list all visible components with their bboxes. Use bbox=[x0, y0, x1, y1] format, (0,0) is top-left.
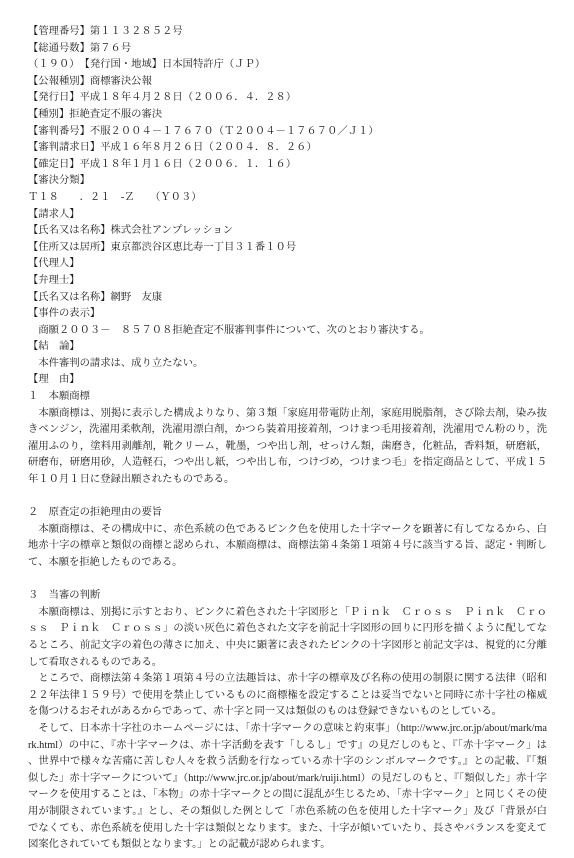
header-field-line: 【事件の表示】 bbox=[28, 306, 547, 323]
section-heading: ３ 当審の判断 bbox=[28, 588, 547, 605]
paragraph: 本願商標は、その構成中に、赤色系統の色であるピンク色を使用した十字マークを顕著に… bbox=[28, 522, 547, 572]
header-field-line: 【弁理士】 bbox=[28, 273, 547, 290]
header-field-line: 本件審判の請求は、成り立たない。 bbox=[28, 356, 547, 373]
header-field-line: 【確定日】平成１８年１月１６日（２００６．１．１６） bbox=[28, 157, 547, 174]
header-field-line: 商願２００３－ ８５７０８拒絶査定不服審判事件について、次のとおり審決する。 bbox=[28, 323, 547, 340]
header-field-line: 【管理番号】第１１３２８５２号 bbox=[28, 24, 547, 41]
header-field-line: 【代理人】 bbox=[28, 256, 547, 273]
paragraph: ところで、商標法第４条第１項第４号の立法趣旨は、赤十字の標章及び名称の使用の制限… bbox=[28, 671, 547, 721]
header-field-line: 【理 由】 bbox=[28, 372, 547, 389]
header-field-line: 【種別】拒絶査定不服の審決 bbox=[28, 107, 547, 124]
header-field-line: 【総通号数】第７６号 bbox=[28, 41, 547, 58]
section-trademark-applied-for: １ 本願商標 本願商標は、別掲に表示した構成よりなり、第３類「家庭用帯電防止剤，… bbox=[28, 389, 547, 489]
header-field-line: 【審判請求日】平成１６年８月２６日（２００４．８．２６） bbox=[28, 140, 547, 157]
header-field-line: 【氏名又は名称】網野 友康 bbox=[28, 290, 547, 307]
section-heading: ２ 原査定の拒絶理由の要旨 bbox=[28, 505, 547, 522]
paragraph: 本願商標は、別掲に示すとおり、ピンクに着色された十字図形と「Ｐｉｎｋ Ｃｒｏｓｓ… bbox=[28, 605, 547, 671]
header-field-line: 【発行日】平成１８年４月２８日（２００６．４．２８） bbox=[28, 90, 547, 107]
header-field-line: 【氏名又は名称】株式会社アンプレッション bbox=[28, 223, 547, 240]
header-field-line: 【住所又は居所】東京都渋谷区恵比寿一丁目３１番１０号 bbox=[28, 240, 547, 257]
section-heading: １ 本願商標 bbox=[28, 389, 547, 406]
section-refusal-reason-summary: ２ 原査定の拒絶理由の要旨 本願商標は、その構成中に、赤色系統の色であるピンク色… bbox=[28, 505, 547, 571]
header-field-line: 【結 論】 bbox=[28, 339, 547, 356]
header-field-line: 【請求人】 bbox=[28, 207, 547, 224]
gazette-document: 【管理番号】第１１３２８５２号【総通号数】第７６号（１９０） 【発行国・地域】日… bbox=[0, 0, 574, 854]
header-field-line: Ｔ１８ ．２１ -Ｚ （Ｙ０３） bbox=[28, 190, 547, 207]
paragraph: そして、日本赤十字社のホームページには、「赤十字マークの意味と約束事」（http… bbox=[28, 721, 547, 854]
header-field-line: （１９０） 【発行国・地域】日本国特許庁（ＪＰ） bbox=[28, 57, 547, 74]
header-field-lines: 【管理番号】第１１３２８５２号【総通号数】第７６号（１９０） 【発行国・地域】日… bbox=[28, 24, 547, 389]
header-field-line: 【公報種別】商標審決公報 bbox=[28, 74, 547, 91]
paragraph: 本願商標は、別掲に表示した構成よりなり、第３類「家庭用帯電防止剤，家庭用脱脂剤，… bbox=[28, 406, 547, 489]
document-body: 【管理番号】第１１３２８５２号【総通号数】第７６号（１９０） 【発行国・地域】日… bbox=[28, 24, 547, 854]
header-field-line: 【審判番号】不服２００４－１７６７０（Ｔ２００４－１７６７０／Ｊ１） bbox=[28, 124, 547, 141]
header-field-line: 【審決分類】 bbox=[28, 173, 547, 190]
section-board-judgment: ３ 当審の判断 本願商標は、別掲に示すとおり、ピンクに着色された十字図形と「Ｐｉ… bbox=[28, 588, 547, 854]
